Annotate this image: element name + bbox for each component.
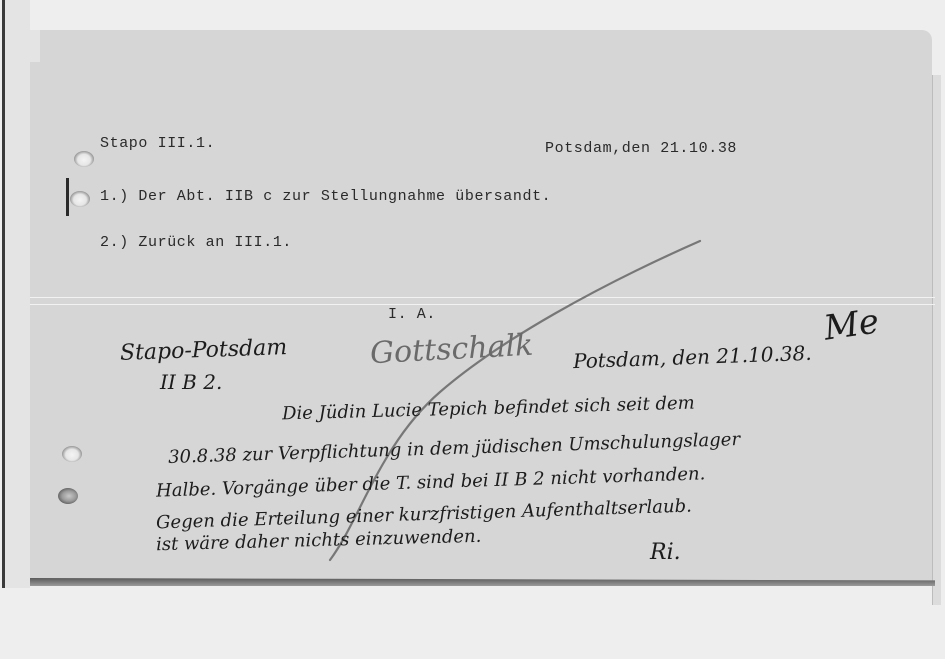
handwritten-department: II B 2.: [160, 370, 222, 394]
cancellation-stroke: [0, 0, 945, 659]
handwritten-initials: Me: [821, 301, 881, 348]
handwritten-closing-initials: Ri.: [650, 540, 681, 565]
